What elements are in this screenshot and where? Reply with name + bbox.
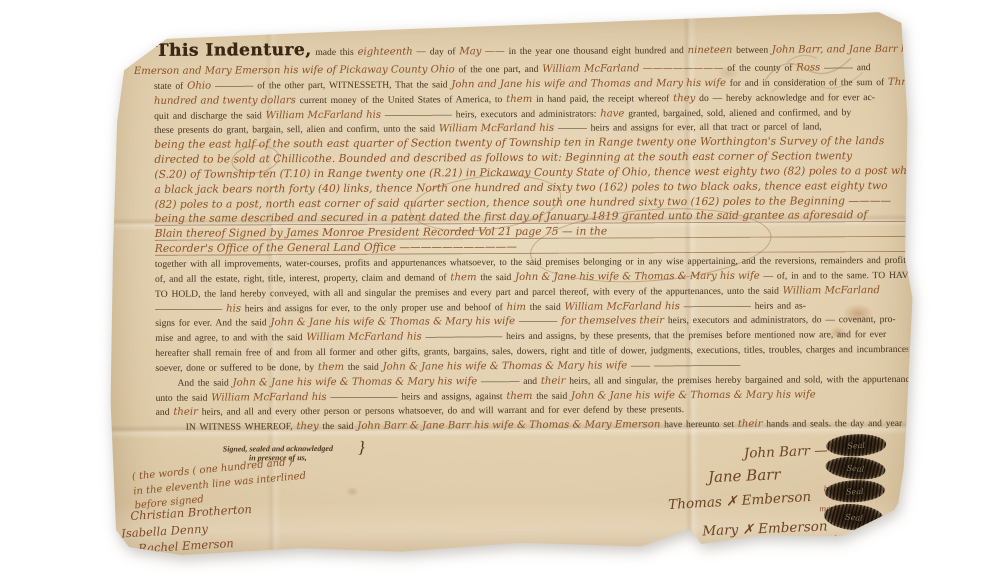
handwritten-text: hundred and twenty dollars (154, 95, 296, 107)
printed-text: ——————— heirs and as- (680, 300, 806, 312)
printed-text: ———— (515, 316, 561, 327)
printed-text: ——————— heirs, executors and administrat… (381, 108, 600, 120)
handwritten-text: Emerson and Mary Emerson his wife of Pic… (134, 64, 455, 77)
handwritten-text: they (296, 421, 318, 432)
signature-name: John Barr — (744, 442, 828, 461)
printed-text: the said (319, 421, 358, 432)
signature-name: Mary ✗ Emberson (702, 518, 828, 539)
photo-of-deed: This Indenture, made this eighteenth — d… (0, 0, 1000, 579)
seal-label: Seal (847, 440, 865, 450)
printed-text: the said (344, 362, 383, 373)
handwritten-text: William McFarland his (565, 301, 680, 313)
handwritten-text: Three (888, 77, 907, 88)
printed-text: current money of the United States of Am… (296, 94, 506, 106)
handwritten-text: him (507, 301, 526, 312)
handwritten-text: William McFarland his (439, 123, 554, 135)
printed-text: And the said (177, 377, 232, 388)
handwritten-text: John & Jane his wife & Thomas & Mary his… (571, 389, 816, 401)
handwritten-text: May —— (459, 46, 505, 57)
deed-paper-sheet: This Indenture, made this eighteenth — d… (109, 12, 916, 564)
signature-name: Thomas ✗ Emberson (668, 489, 812, 513)
handwritten-text: Recorder's Office of the General Land Of… (155, 240, 517, 255)
seal-label: Seal (846, 463, 864, 473)
printed-text: heirs and assigns for ever, to the only … (241, 302, 507, 314)
printed-text: heirs, executors and administrators, do … (664, 314, 896, 326)
printed-text: and (156, 407, 174, 418)
printed-text: heirs, all and singular, the premises he… (565, 374, 908, 387)
grantor-signatures: John Barr —Jane BarrhisThomas ✗ Emberson… (656, 440, 947, 541)
document-line: IN WITNESS WHEREOF, they the said John B… (186, 415, 909, 434)
printed-text: ——— heirs and assigns for ever, all that… (554, 122, 821, 134)
seal-stamp: Seal (825, 455, 887, 482)
printed-text: ——————— heirs and assigns, against (327, 391, 507, 403)
handwritten-text: William McFarland his (306, 332, 421, 344)
handwritten-text: his (226, 303, 241, 314)
handwritten-text: their (541, 375, 566, 386)
handwritten-text: John & Jane his wife & Thomas & Mary his… (383, 360, 628, 372)
printed-text: soever, done or suffered to be done, by (155, 362, 318, 374)
printed-text: the said (526, 301, 565, 312)
document-title: This Indenture, (156, 40, 312, 61)
printed-text: ———— and (477, 376, 541, 387)
handwritten-text: William McFarland (783, 285, 880, 297)
seal-stamp: Seal (823, 502, 885, 533)
printed-text: mise and agree, to and with the said (155, 332, 306, 344)
printed-text: quit and discharge the said (154, 110, 266, 122)
printed-text: of, and all the estate, right, title, in… (155, 272, 451, 285)
printed-text: made this (311, 47, 357, 58)
handwritten-text: eighteenth — (358, 46, 427, 57)
witness-signatures: Christian BrothertonIsabella DennyRachel… (120, 501, 254, 558)
wax-seal-stamps: SealSealSealSeal (824, 433, 887, 532)
signature-name: Jane Barr (708, 465, 781, 486)
seal-stamp: Seal (826, 433, 887, 457)
printed-text: state of (154, 81, 187, 92)
handwritten-text: John & Jane his wife & Thomas & Mary his… (233, 376, 478, 388)
signature-mark-word: mark (819, 529, 840, 550)
handwritten-text: John & Jane his wife & Thomas & Mary his… (270, 316, 515, 328)
pencil-scribble-marks (757, 38, 877, 109)
seal-stamp: Seal (824, 479, 885, 503)
handwritten-text: their (173, 407, 198, 418)
seal-label: Seal (846, 486, 864, 496)
handwritten-text: William McFarland his (211, 392, 326, 404)
handwritten-text: for themselves their (561, 316, 664, 328)
handwritten-text: John and Jane his wife and Thomas and Ma… (451, 78, 726, 90)
handwritten-text: they (673, 93, 695, 104)
printed-text: of the one part, and (455, 64, 543, 75)
handwritten-text: them (506, 390, 532, 401)
printed-text: these presents do grant, bargain, sell, … (154, 124, 439, 136)
printed-text: day of (426, 46, 459, 57)
printed-text: signs for ever. And the said (155, 318, 270, 330)
printed-text: ——————— (155, 303, 226, 314)
handwritten-text: them (318, 362, 344, 373)
handwritten-text: them (506, 94, 532, 105)
printed-text: IN WITNESS WHEREOF, (186, 421, 297, 433)
printed-text: unto the said (156, 392, 212, 403)
handwritten-text: nineteen (688, 45, 733, 56)
printed-text: — of, in and to the same. TO HAVE AND (760, 270, 908, 282)
attestation-brace: } (358, 444, 365, 453)
printed-text: granted, bargained, sold, aliened and co… (624, 107, 851, 119)
handwritten-text: Ohio (187, 80, 211, 91)
handwritten-text: John Barr & Jane Barr his wife & Thomas … (357, 419, 660, 432)
handwritten-text: their (738, 419, 763, 430)
handwritten-text: William McFarland his (266, 109, 381, 121)
handwritten-text: have (600, 108, 624, 119)
printed-text: in hand paid, the receipt whereof (532, 93, 673, 105)
printed-text: ———— of the other part, WITNESSETH, That… (211, 79, 451, 91)
printed-text: —— ————————— (627, 360, 740, 372)
printed-text: have hereunto set (660, 419, 738, 430)
printed-text: in the year one thousand eight hundred a… (505, 45, 688, 57)
printed-text: hands and seals. the day and year first … (762, 418, 908, 430)
seal-label: Seal (845, 512, 863, 522)
paper-sheet-wrapper: This Indenture, made this eighteenth — d… (110, 14, 914, 562)
handwritten-text: them (450, 272, 476, 283)
handwritten-text: William McFarland ———————— (542, 63, 723, 75)
printed-text: the said (532, 390, 571, 401)
printed-text: the said (476, 272, 515, 283)
signature-row: Mary ✗ Embersonmark (656, 511, 947, 546)
